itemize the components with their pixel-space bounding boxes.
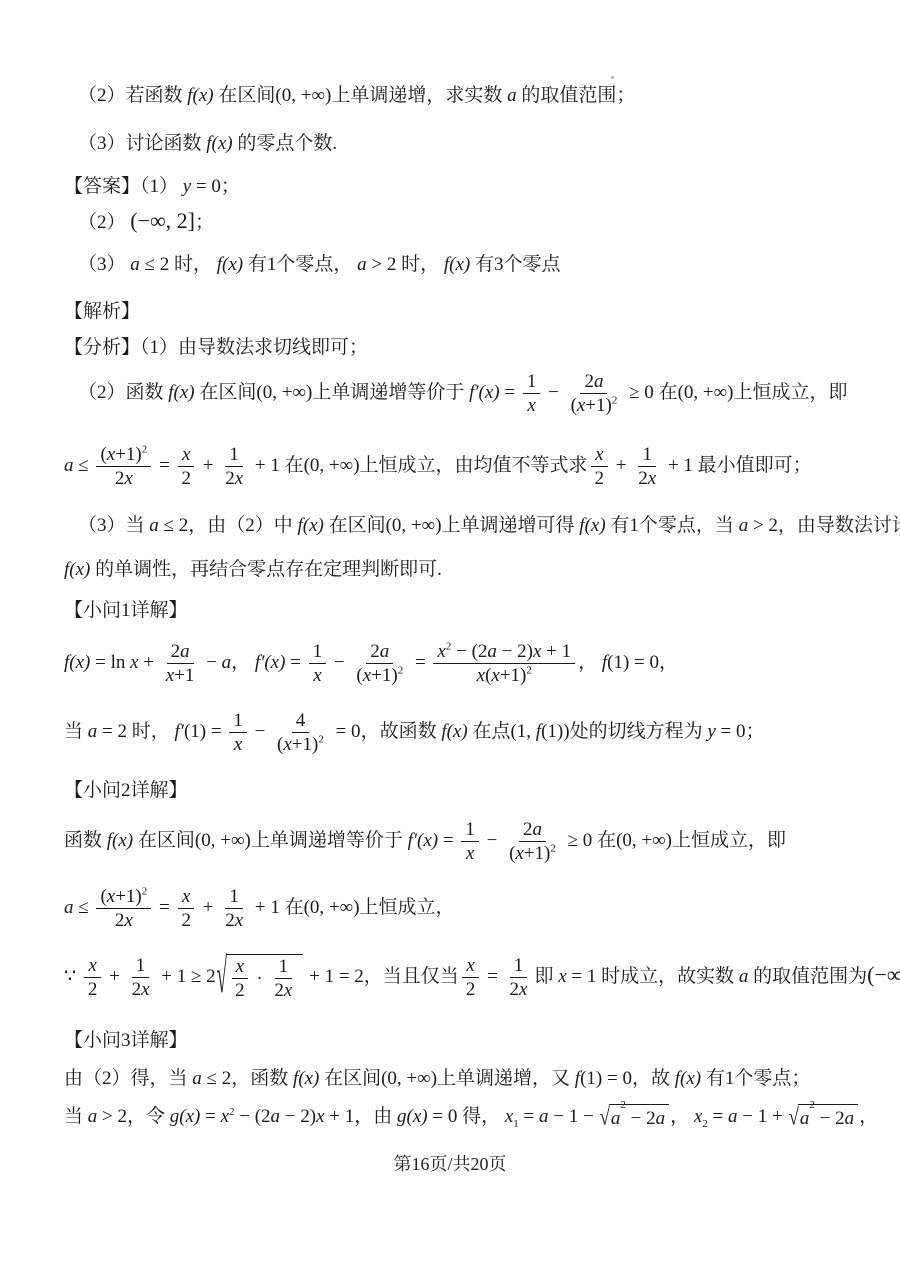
math-roman: =	[200, 1106, 220, 1127]
math-roman: 1	[465, 819, 475, 840]
fraction-denominator: (x+1)2	[567, 394, 622, 416]
math-variable: x	[363, 665, 371, 686]
math-variable: x	[527, 395, 535, 416]
math-variable: a	[800, 1106, 810, 1132]
fraction-numerator: 1	[225, 886, 243, 909]
radical: √x2 · 12x	[217, 954, 304, 1002]
math-variable: a	[487, 641, 497, 662]
math-roman: (0, +∞)	[381, 1068, 437, 1089]
fraction: (x+1)22x	[96, 886, 151, 932]
math-roman: =	[410, 652, 430, 673]
math-roman: −	[543, 382, 563, 403]
math-roman: + 1	[663, 455, 697, 476]
text-run: ；	[221, 176, 240, 197]
fraction: 1x	[461, 819, 479, 865]
math-variable: x	[234, 734, 242, 755]
text-run: 在	[285, 455, 304, 476]
math-roman: (−∞, 2]	[867, 962, 900, 987]
math-roman: +	[139, 652, 159, 673]
fraction-numerator: 1	[229, 710, 247, 733]
fraction: 12x	[128, 955, 154, 1001]
fraction: 1x	[229, 710, 247, 756]
math-roman: 2	[225, 910, 235, 931]
fraction: 12x	[221, 444, 247, 490]
text-run: （2）若函数	[78, 85, 187, 106]
math-variable: x	[124, 910, 132, 931]
math-variable: y	[707, 721, 715, 742]
math-roman: 2	[115, 468, 125, 489]
math-roman: 2	[132, 979, 142, 1000]
math-roman: + 1	[250, 897, 284, 918]
math-roman: +1)	[500, 665, 527, 686]
fraction: x2	[462, 955, 480, 1001]
fraction: 4(x+1)2	[273, 710, 328, 756]
text-run: 【分析】（1）由导数法求切线即可；	[64, 337, 368, 358]
math-roman: −	[482, 830, 502, 851]
math-variable: x	[182, 886, 190, 907]
fraction: x2	[231, 956, 249, 1002]
math-roman: 4	[296, 710, 306, 731]
math-roman: + 1	[325, 1106, 355, 1127]
math-variable: f′	[175, 721, 184, 742]
superscript: 2	[612, 395, 618, 407]
math-variable: a	[222, 652, 232, 673]
text-run: ，	[670, 1106, 694, 1127]
text-run: 【解析】	[64, 301, 140, 322]
fraction-denominator: 2	[591, 467, 609, 489]
math-variable: x	[235, 468, 243, 489]
math-roman: =	[438, 830, 458, 851]
math-roman: +1)	[292, 734, 319, 755]
fraction: x2 − (2a − 2)x + 1x(x+1)2	[433, 641, 575, 687]
math-roman: (0, +∞)	[304, 455, 360, 476]
text-run: 【小问3详解】	[64, 1030, 188, 1051]
math-roman: = 0	[191, 176, 221, 197]
math-variable: x	[236, 956, 244, 977]
math-roman: 2	[274, 980, 284, 1001]
math-roman: 1	[527, 371, 537, 392]
fraction-numerator: x	[84, 955, 100, 978]
math-roman: 2	[595, 468, 605, 489]
fraction-numerator: 1	[638, 444, 656, 467]
math-roman: ≤	[74, 455, 94, 476]
math-roman: 2	[115, 910, 125, 931]
radical: √a2 − 2a	[788, 1104, 858, 1132]
math-variable: x	[107, 444, 115, 465]
text-run: 【答案】（1）	[64, 176, 183, 197]
math-roman: (1) = 0	[580, 1068, 632, 1089]
text-run: 时，	[401, 254, 444, 275]
superscript: 2	[318, 734, 324, 746]
text-run: 在区间	[324, 515, 386, 536]
math-variable: a	[539, 1106, 549, 1127]
analysis-header: 【解析】	[64, 299, 140, 325]
fraction: 12x	[221, 886, 247, 932]
fraction-denominator: x	[462, 842, 478, 864]
math-roman: +	[198, 455, 218, 476]
fraction-numerator: x2 − (2a − 2)x + 1	[433, 641, 575, 664]
superscript: 2	[142, 444, 148, 456]
text-run: 的单调性，再结合零点存在定理判断即可.	[90, 559, 442, 580]
math-roman: = 0	[428, 1106, 462, 1127]
math-roman: > 2	[367, 254, 401, 275]
answer-part-1: 【答案】（1） y = 0；	[64, 174, 240, 200]
math-roman: +	[611, 455, 631, 476]
fraction-numerator: 1	[461, 819, 479, 842]
math-roman: = 0	[716, 721, 746, 742]
fraction-denominator: (x+1)2	[273, 733, 328, 755]
math-variable: x	[107, 886, 115, 907]
fraction-numerator: x	[232, 956, 248, 979]
radical: √a2 − 2a	[599, 1104, 669, 1132]
math-variable: x	[166, 665, 174, 686]
math-variable: f(x)	[297, 515, 323, 536]
math-roman: +1)	[115, 444, 142, 465]
text-run: 由（2）得，当	[64, 1068, 192, 1089]
page-footer: 第16页/共20页	[0, 1150, 900, 1176]
fraction-numerator: x	[178, 886, 194, 909]
text-run: ，	[859, 1106, 878, 1127]
fraction: 1x	[523, 371, 541, 417]
detail-2-header: 【小问2详解】	[64, 778, 188, 804]
math-variable: a	[149, 515, 159, 536]
fraction-numerator: (x+1)2	[96, 886, 151, 909]
math-variable: f(x)	[206, 133, 232, 154]
math-roman: +1)	[371, 665, 398, 686]
math-variable: a	[271, 1106, 281, 1127]
detail-3-header: 【小问3详解】	[64, 1028, 188, 1054]
document-page: （2）若函数 f(x) 在区间(0, +∞)上单调递增，求实数 a 的取值范围；…	[0, 0, 900, 1273]
fraction: x2	[591, 444, 609, 490]
text-run: 函数	[64, 830, 107, 851]
math-roman: (0, +∞)	[256, 382, 312, 403]
fraction: 2a(x+1)2	[352, 641, 407, 687]
math-variable: x	[284, 980, 292, 1001]
text-run: 上单调递增等价于	[312, 382, 469, 403]
text-run: ，当且仅当	[364, 966, 459, 987]
math-roman: = ln	[90, 652, 130, 673]
fraction-denominator: 2x	[634, 467, 660, 489]
math-variable: f′(x)	[255, 652, 286, 673]
text-run: 在区间	[195, 382, 257, 403]
math-roman: − 2	[626, 1106, 656, 1132]
math-roman: > 2	[97, 1106, 127, 1127]
math-roman: + 1 = 2	[304, 966, 363, 987]
math-roman: − 1 −	[549, 1106, 599, 1127]
math-variable: a	[192, 1068, 202, 1089]
math-variable: x	[519, 979, 527, 1000]
fraction: (x+1)22x	[96, 444, 151, 490]
math-variable: x	[283, 734, 291, 755]
fraction-numerator: (x+1)2	[96, 444, 151, 467]
radical-body: a2 − 2a	[609, 1104, 669, 1132]
fraction-numerator: 1	[132, 955, 150, 978]
math-variable: f(x)	[293, 1068, 319, 1089]
text-run: 有1个零点；	[701, 1068, 810, 1089]
text-run: 【小问2详解】	[64, 780, 188, 801]
math-roman: 1	[642, 444, 652, 465]
math-variable: a	[532, 819, 542, 840]
math-roman: −	[329, 652, 349, 673]
fraction-numerator: 1	[309, 641, 327, 664]
text-run: 的取值范围；	[517, 85, 636, 106]
math-variable: f(x)	[64, 559, 90, 580]
answer-part-2: （2） (−∞, 2]；	[78, 206, 214, 236]
math-roman: =	[154, 897, 174, 918]
math-variable: x	[466, 843, 474, 864]
text-run: 【小问1详解】	[64, 600, 188, 621]
text-run: 在	[659, 382, 678, 403]
math-variable: x	[313, 665, 321, 686]
text-run: （3）当	[78, 515, 149, 536]
fraction-denominator: x	[309, 664, 325, 686]
math-roman: 1	[233, 710, 243, 731]
math-variable: x	[182, 444, 190, 465]
text-run: 处的切线方程为	[570, 721, 708, 742]
math-roman: (0, +∞)	[616, 830, 672, 851]
math-roman: + 1	[250, 455, 284, 476]
fraction: 2a(x+1)2	[567, 371, 622, 417]
answer-part-3: （3） a ≤ 2 时， f(x) 有1个零点， a > 2 时， f(x) 有…	[78, 252, 560, 278]
math-roman: ≤ 2	[159, 515, 188, 536]
math-roman: + 1	[541, 641, 571, 662]
math-roman: =	[154, 455, 174, 476]
math-variable: f(x)	[168, 382, 194, 403]
fraction-denominator: 2x	[506, 978, 532, 1000]
math-roman: (1))	[541, 721, 569, 742]
text-run: 上恒成立，由均值不等式求	[360, 455, 588, 476]
text-run: 上单调递增，求实数	[331, 85, 507, 106]
fraction-numerator: x	[591, 444, 607, 467]
text-run: 上恒成立，即	[734, 382, 848, 403]
text-run: 即	[534, 966, 558, 987]
math-roman: (0, +∞)	[304, 897, 360, 918]
math-roman: (0, +∞)	[678, 382, 734, 403]
math-roman: ≤ 2	[140, 254, 174, 275]
fraction-numerator: 1	[275, 956, 293, 979]
text-run: ，由	[354, 1106, 397, 1127]
fraction-numerator: 1	[225, 444, 243, 467]
fraction: 2ax+1	[162, 641, 199, 687]
math-variable: g(x)	[170, 1106, 201, 1127]
math-roman: =	[482, 966, 502, 987]
text-run: 时，	[174, 254, 217, 275]
math-roman: − 2)	[497, 641, 533, 662]
text-run: 有1个零点，当	[606, 515, 739, 536]
text-run: 当	[64, 1106, 88, 1127]
text-run: ，	[231, 652, 255, 673]
math-roman: − (2	[235, 1106, 271, 1127]
fraction-numerator: 2a	[519, 819, 546, 842]
math-roman: =	[708, 1106, 728, 1127]
math-variable: a	[845, 1106, 855, 1132]
fraction-numerator: x	[178, 444, 194, 467]
fraction-denominator: 2x	[221, 467, 247, 489]
text-run: 在	[597, 830, 616, 851]
text-run: 上恒成立，	[360, 897, 455, 918]
text-run: ，函数	[231, 1068, 293, 1089]
detail-2-line-1: 函数 f(x) 在区间(0, +∞)上单调递增等价于 f′(x) = 1x − …	[64, 819, 786, 865]
math-variable: f(x)	[444, 254, 470, 275]
math-roman: = 0	[331, 721, 361, 742]
math-roman: − 2)	[280, 1106, 316, 1127]
fraction-denominator: 2	[462, 978, 480, 1000]
text-run: ，令	[127, 1106, 170, 1127]
fraction-denominator: x(x+1)2	[473, 664, 536, 686]
math-variable: a	[180, 641, 190, 662]
math-roman: =	[519, 1106, 539, 1127]
math-variable: f(x)	[64, 652, 90, 673]
fraction-denominator: x	[230, 733, 246, 755]
fraction-denominator: 2	[177, 467, 195, 489]
math-roman: − (2	[451, 641, 487, 662]
math-variable: x	[437, 641, 445, 662]
text-run: 在点	[468, 721, 511, 742]
math-variable: f(x)	[675, 1068, 701, 1089]
text-run: （3）讨论函数	[78, 133, 206, 154]
analysis-part-2a: （2）函数 f(x) 在区间(0, +∞)上单调递增等价于 f′(x) = 1x…	[78, 371, 848, 417]
fraction-denominator: x	[523, 394, 539, 416]
superscript: 2	[526, 665, 532, 677]
radical-sign: √	[788, 1106, 798, 1130]
math-variable: x	[221, 1106, 229, 1127]
math-roman: 2	[88, 979, 98, 1000]
math-roman: +1)	[524, 843, 551, 864]
text-run: 的取值范围为	[748, 966, 867, 987]
math-variable: x	[466, 955, 474, 976]
fraction-denominator: 2x	[221, 909, 247, 931]
text-run: 上单调递增可得	[442, 515, 580, 536]
radical-body: x2 · 12x	[226, 954, 303, 1002]
math-roman: ≥ 0	[624, 382, 658, 403]
math-variable: x	[130, 652, 138, 673]
detail-2-line-2: a ≤ (x+1)22x = x2 + 12x + 1 在(0, +∞)上恒成立…	[64, 886, 455, 932]
text-run: （2）	[78, 212, 130, 233]
math-variable: x	[477, 665, 485, 686]
math-variable: x	[141, 979, 149, 1000]
math-variable: f′(x)	[469, 382, 500, 403]
math-variable: f(x)	[579, 515, 605, 536]
math-roman: (1) = 0	[607, 652, 659, 673]
fraction-numerator: 4	[292, 710, 310, 733]
math-variable: a	[739, 515, 749, 536]
math-roman: ≥ 0	[563, 830, 597, 851]
fraction-numerator: 1	[510, 955, 528, 978]
math-variable: a	[739, 966, 749, 987]
math-variable: a	[64, 455, 74, 476]
detail-1-header: 【小问1详解】	[64, 598, 188, 624]
math-variable: x	[648, 468, 656, 489]
text-run: 在区间	[319, 1068, 381, 1089]
problem-part-3: （3）讨论函数 f(x) 的零点个数.	[78, 131, 337, 157]
text-run: 得，	[462, 1106, 505, 1127]
math-roman: > 2	[748, 515, 778, 536]
math-roman: 2	[235, 980, 245, 1001]
analysis-part-1: 【分析】（1）由导数法求切线即可；	[64, 335, 368, 361]
math-roman: ≤ 2	[202, 1068, 231, 1089]
math-variable: a	[728, 1106, 738, 1127]
math-roman: 1	[313, 641, 323, 662]
text-run: 的零点个数.	[233, 133, 338, 154]
math-roman: 2	[171, 641, 181, 662]
math-roman: (1) =	[184, 721, 226, 742]
math-variable: a	[88, 1106, 98, 1127]
detail-1-line-2: 当 a = 2 时， f′(1) = 1x − 4(x+1)2 = 0，故函数 …	[64, 710, 765, 756]
fraction: x2	[177, 444, 195, 490]
fraction: 12x	[634, 444, 660, 490]
text-run: 在区间	[133, 830, 195, 851]
superscript: 2	[142, 886, 148, 898]
math-roman: 2	[181, 910, 191, 931]
math-variable: a	[88, 721, 98, 742]
math-roman: 2	[584, 371, 594, 392]
math-roman: ≤	[74, 897, 94, 918]
text-run: 最小值即可；	[698, 455, 812, 476]
math-variable: x	[515, 843, 523, 864]
fraction-denominator: 2	[231, 979, 249, 1001]
fraction-numerator: 2a	[580, 371, 607, 394]
math-roman: = 2	[97, 721, 131, 742]
math-roman: ·	[252, 966, 268, 992]
stray-mark	[611, 76, 614, 79]
superscript: 2	[550, 843, 556, 855]
math-roman: +1)	[585, 395, 612, 416]
math-roman: −	[201, 652, 221, 673]
math-variable: a	[357, 254, 367, 275]
math-variable: x	[558, 966, 566, 987]
text-run: ，故	[632, 1068, 675, 1089]
math-roman: +	[198, 897, 218, 918]
math-roman: 1	[279, 956, 289, 977]
math-variable: f′(x)	[408, 830, 439, 851]
math-variable: f(x)	[217, 254, 243, 275]
math-roman: 1	[229, 886, 239, 907]
math-roman: 1	[514, 955, 524, 976]
math-variable: a	[611, 1106, 621, 1132]
analysis-part-2b: a ≤ (x+1)22x = x2 + 12x + 1 在(0, +∞)上恒成立…	[64, 444, 812, 490]
fraction-denominator: x+1	[162, 664, 199, 686]
math-roman: +	[104, 966, 124, 987]
math-variable: x	[595, 444, 603, 465]
math-roman: + 1 ≥ 2	[157, 966, 216, 987]
math-variable: f(x)	[187, 85, 213, 106]
math-roman: = 1	[567, 966, 601, 987]
fraction-numerator: x	[462, 955, 478, 978]
math-variable: a	[594, 371, 604, 392]
math-variable: x	[88, 955, 96, 976]
math-variable: x	[491, 665, 499, 686]
math-roman: − 1 +	[738, 1106, 788, 1127]
math-variable: x	[316, 1106, 324, 1127]
detail-2-line-3: ∵ x2 + 12x + 1 ≥ 2√x2 · 12x + 1 = 2，当且仅当…	[64, 954, 900, 1002]
math-roman: =	[500, 382, 520, 403]
math-roman: (1,	[510, 721, 535, 742]
fraction-denominator: 2	[84, 978, 102, 1000]
text-run: ，	[659, 652, 678, 673]
math-variable: a	[656, 1106, 666, 1132]
text-run: ，由导数法讨论	[778, 515, 900, 536]
math-variable: x	[235, 910, 243, 931]
math-variable: f(x)	[441, 721, 467, 742]
math-roman: 1	[229, 444, 239, 465]
fraction: 12x	[270, 956, 296, 1002]
fraction-numerator: 1	[523, 371, 541, 394]
text-run: 时，	[132, 721, 175, 742]
analysis-part-3b: f(x) 的单调性，再结合零点存在定理判断即可.	[64, 557, 442, 583]
fraction-denominator: 2x	[270, 979, 296, 1001]
fraction-numerator: 2a	[167, 641, 194, 664]
radical-sign: √	[217, 953, 227, 1002]
